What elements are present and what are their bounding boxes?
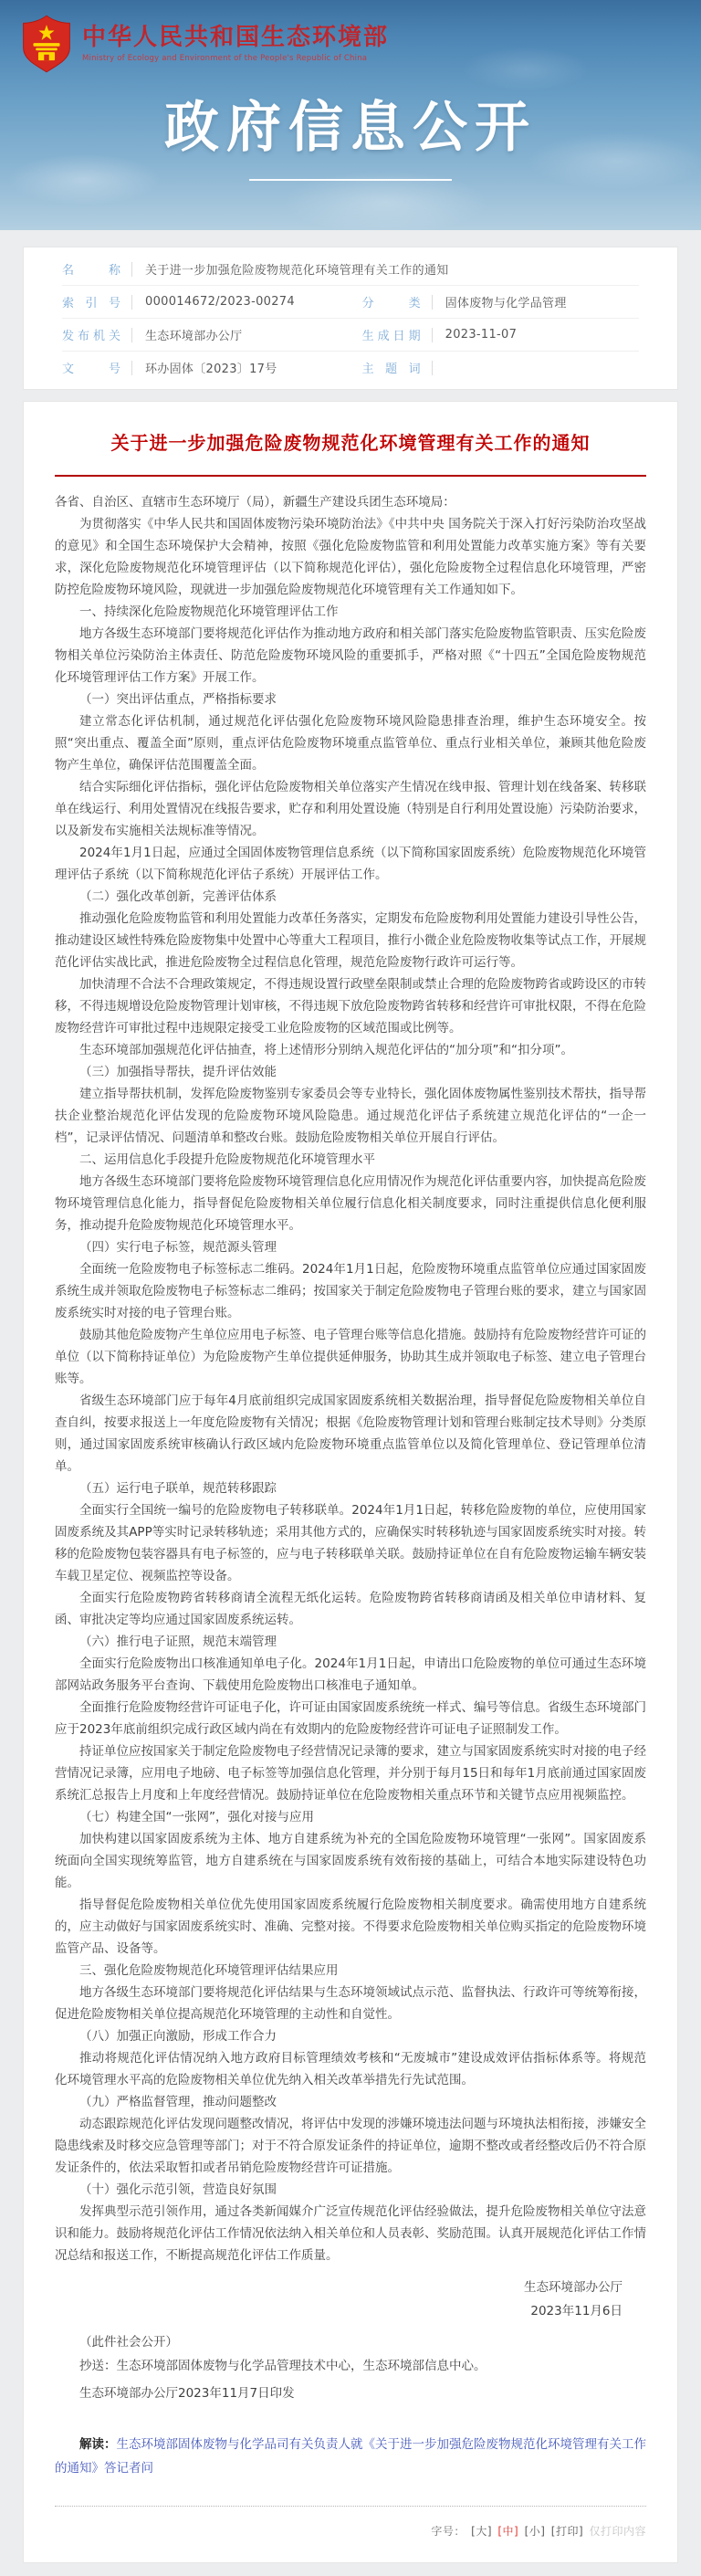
section-heading: （六）推行电子证照，规范末端管理 bbox=[55, 1631, 646, 1653]
document-body: 各省、自治区、直辖市生态环境厅（局），新疆生产建设兵团生态环境局：为贯彻落实《中… bbox=[55, 491, 646, 2266]
title-underline bbox=[249, 179, 452, 181]
paragraph: 地方各级生态环境部门要将规范化评估结果与生态环境领域试点示范、监督执法、行政许可… bbox=[55, 1982, 646, 2025]
section-heading: （三）加强指导帮扶，提升评估效能 bbox=[55, 1061, 646, 1083]
font-size-large-button[interactable]: [大] bbox=[471, 2525, 492, 2538]
meta-value-name: 关于进一步加强危险废物规范化环境管理有关工作的通知 bbox=[145, 260, 449, 278]
meta-separator bbox=[131, 295, 132, 310]
paragraph: 加快构建以国家固废系统为主体、地方自建系统为补充的全国危险废物环境管理“一张网”… bbox=[55, 1828, 646, 1894]
salutation: 各省、自治区、直辖市生态环境厅（局），新疆生产建设兵团生态环境局： bbox=[55, 491, 646, 513]
section-heading: （十）强化示范引领，营造良好氛围 bbox=[55, 2179, 646, 2201]
meta-label-gen-date: 生成日期 bbox=[362, 326, 421, 343]
paragraph: 建立指导帮扶机制，发挥危险废物鉴别专家委员会等专业特长，强化固体废物属性鉴别技术… bbox=[55, 1083, 646, 1149]
section-heading: （一）突出评估重点，严格指标要求 bbox=[55, 689, 646, 710]
font-size-small-button[interactable]: [小] bbox=[525, 2525, 546, 2538]
section-heading: （五）运行电子联单，规范转移跟踪 bbox=[55, 1477, 646, 1499]
paragraph: 推动将规范化评估情况纳入地方政府目标管理绩效考核和“无废城市”建设成效评估指标体… bbox=[55, 2047, 646, 2091]
paragraph: 建立常态化评估机制，通过规范化评估强化危险废物环境风险隐患排查治理，维护生态环境… bbox=[55, 710, 646, 776]
document-meta-card: 名称 关于进一步加强危险废物规范化环境管理有关工作的通知 索引号 0000146… bbox=[23, 247, 678, 390]
signature-block: 生态环境部办公厅 2023年11月6日 bbox=[55, 2276, 646, 2323]
document-content-card: 关于进一步加强危险废物规范化环境管理有关工作的通知 各省、自治区、直辖市生态环境… bbox=[23, 401, 678, 2563]
paragraph: 2024年1月1日起，应通过全国固体废物管理信息系统（以下简称国家固废系统）危险… bbox=[55, 842, 646, 886]
paragraph: 结合实际细化评估指标，强化评估危险废物相关单位落实产生情况在线申报、管理计划在线… bbox=[55, 776, 646, 842]
meta-separator bbox=[432, 295, 433, 310]
font-size-label: 字号： bbox=[431, 2525, 466, 2538]
section-heading: （八）加强正向激励，形成工作合力 bbox=[55, 2025, 646, 2047]
paragraph: 地方各级生态环境部门要将规范化评估作为推动地方政府和相关部门落实危险废物监管职责… bbox=[55, 623, 646, 689]
meta-value-doc-no: 环办固体〔2023〕17号 bbox=[145, 359, 277, 376]
section-heading: 一、持续深化危险废物规范化环境管理评估工作 bbox=[55, 601, 646, 623]
paragraph: 持证单位应按国家关于制定危险废物电子经营情况记录簿的要求，建立与国家固废系统实时… bbox=[55, 1740, 646, 1806]
paragraph: 推动强化危险废物监管和利用处置能力改革任务落实，定期发布危险废物利用处置能力建设… bbox=[55, 908, 646, 973]
paragraph: 加快清理不合法不合理政策规定，不得违规设置行政壁垒限制或禁止合理的危险废物跨省或… bbox=[55, 973, 646, 1039]
interpretation-label: 解读： bbox=[79, 2437, 117, 2452]
meta-separator bbox=[432, 328, 433, 342]
meta-value-category: 固体废物与化学品管理 bbox=[445, 293, 567, 310]
paragraph: 全面推行危险废物经营许可证电子化，许可证由国家固废系统统一样式、编号等信息。省级… bbox=[55, 1697, 646, 1740]
meta-label-index: 索引号 bbox=[62, 293, 120, 310]
meta-label-subject: 主题词 bbox=[362, 359, 421, 376]
paragraph: 动态跟踪规范化评估发现问题整改情况，将评估中发现的涉嫌环境违法问题与环境执法相衔… bbox=[55, 2113, 646, 2179]
paragraph: 全面实行危险废物出口核准通知单电子化。2024年1月1日起，申请出口危险废物的单… bbox=[55, 1653, 646, 1697]
section-heading: （四）实行电子标签，规范源头管理 bbox=[55, 1236, 646, 1258]
section-heading: 二、运用信息化手段提升危险废物规范化环境管理水平 bbox=[55, 1149, 646, 1171]
meta-label-agency: 发布机关 bbox=[62, 326, 120, 343]
font-size-controls: 字号： [大] [中] [小] [打印] 仅打印内容 bbox=[55, 2523, 646, 2539]
paragraph: 全面实行危险废物跨省转移商请全流程无纸化运转。危险废物跨省转移商请函及相关单位申… bbox=[55, 1587, 646, 1631]
closing-block: （此件社会公开） 抄送：生态环境部固体废物与化学品管理技术中心，生态环境部信息中… bbox=[55, 2330, 646, 2405]
meta-value-agency: 生态环境部办公厅 bbox=[145, 326, 242, 343]
meta-separator bbox=[131, 361, 132, 375]
meta-row-agency-date: 发布机关 生态环境部办公厅 生成日期 2023-11-07 bbox=[62, 319, 639, 352]
section-heading: （七）构建全国“一张网”，强化对接与应用 bbox=[55, 1806, 646, 1828]
dotted-divider bbox=[55, 2506, 646, 2507]
print-content-only-option[interactable]: 仅打印内容 bbox=[589, 2525, 646, 2538]
meta-value-gen-date: 2023-11-07 bbox=[445, 328, 518, 342]
meta-value-index: 000014672/2023-00274 bbox=[145, 295, 295, 309]
meta-label-doc-no: 文号 bbox=[62, 359, 120, 376]
section-heading: （九）严格监督管理，推动问题整改 bbox=[55, 2091, 646, 2113]
paragraph: 生态环境部加强规范化评估抽查，将上述情形分别纳入规范化评估的“加分项”和“扣分项… bbox=[55, 1039, 646, 1061]
section-heading: （二）强化改革创新，完善评估体系 bbox=[55, 886, 646, 908]
issue-line: 生态环境部办公厅2023年11月7日印发 bbox=[55, 2381, 646, 2405]
paragraph: 鼓励其他危险废物产生单位应用电子标签、电子管理台账等信息化措施。鼓励持有危险废物… bbox=[55, 1324, 646, 1390]
interpretation-link[interactable]: 生态环境部固体废物与化学品司有关负责人就《关于进一步加强危险废物规范化环境管理有… bbox=[55, 2437, 646, 2476]
paragraph: 为贯彻落实《中华人民共和国固体废物污染环境防治法》《中共中央 国务院关于深入打好… bbox=[55, 513, 646, 601]
paragraph: 省级生态环境部门应于每年4月底前组织完成国家固废系统相关数据治理，指导督促危险废… bbox=[55, 1390, 646, 1477]
font-size-medium-button[interactable]: [中] bbox=[497, 2525, 518, 2538]
page-title: 政府信息公开 bbox=[0, 0, 701, 163]
interpretation-block: 解读：生态环境部固体废物与化学品司有关负责人就《关于进一步加强危险废物规范化环境… bbox=[55, 2433, 646, 2480]
section-heading: 三、强化危险废物规范化环境管理评估结果应用 bbox=[55, 1960, 646, 1982]
meta-label-name: 名称 bbox=[62, 260, 120, 278]
paragraph: 全面统一危险废物电子标签标志二维码。2024年1月1日起，危险废物环境重点监管单… bbox=[55, 1258, 646, 1324]
meta-separator bbox=[131, 262, 132, 277]
hero-banner: 中华人民共和国生态环境部 Ministry of Ecology and Env… bbox=[0, 0, 701, 230]
cc-line: 抄送：生态环境部固体废物与化学品管理技术中心，生态环境部信息中心。 bbox=[55, 2354, 646, 2378]
title-red-rule bbox=[55, 475, 646, 477]
meta-row-index-category: 索引号 000014672/2023-00274 分类 固体废物与化学品管理 bbox=[62, 286, 639, 319]
paragraph: 发挥典型示范引领作用，通过各类新闻媒介广泛宣传规范化评估经验做法，提升危险废物相… bbox=[55, 2201, 646, 2266]
meta-label-category: 分类 bbox=[362, 293, 421, 310]
paragraph: 地方各级生态环境部门要将危险废物环境管理信息化应用情况作为规范化评估重要内容，加… bbox=[55, 1171, 646, 1236]
print-button[interactable]: [打印] bbox=[551, 2525, 583, 2538]
paragraph: 指导督促危险废物相关单位优先使用国家固废系统履行危险废物相关制度要求。确需使用地… bbox=[55, 1894, 646, 1960]
meta-row-name: 名称 关于进一步加强危险废物规范化环境管理有关工作的通知 bbox=[62, 253, 639, 286]
public-disclosure-note: （此件社会公开） bbox=[55, 2330, 646, 2354]
document-title: 关于进一步加强危险废物规范化环境管理有关工作的通知 bbox=[55, 429, 646, 457]
meta-separator bbox=[432, 361, 433, 375]
signature-date: 2023年11月6日 bbox=[55, 2299, 646, 2323]
signature-agency: 生态环境部办公厅 bbox=[55, 2276, 646, 2299]
paragraph: 全面实行全国统一编号的危险废物电子转移联单。2024年1月1日起，转移危险废物的… bbox=[55, 1499, 646, 1587]
meta-separator bbox=[131, 328, 132, 342]
meta-row-docno-subject: 文号 环办固体〔2023〕17号 主题词 bbox=[62, 352, 639, 384]
